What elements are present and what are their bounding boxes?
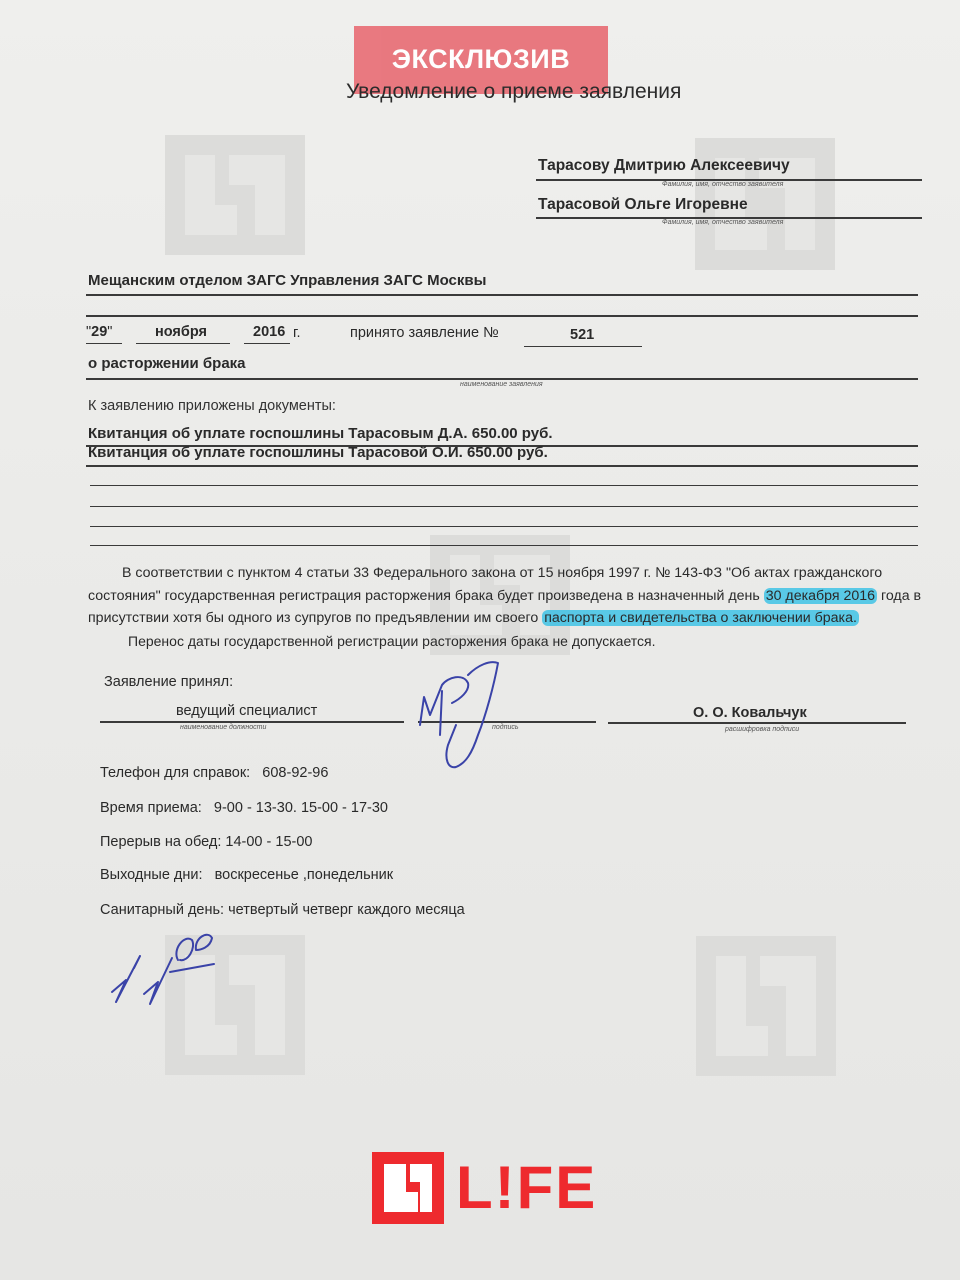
date-row: "29" bbox=[86, 324, 112, 340]
attachment-line-4 bbox=[90, 506, 918, 507]
info-sanitary-label: Санитарный день: bbox=[100, 902, 224, 918]
watermark-life-icon bbox=[165, 135, 305, 255]
registry-office: Мещанским отделом ЗАГС Управления ЗАГС М… bbox=[88, 272, 486, 289]
info-phone-label: Телефон для справок: bbox=[100, 765, 250, 781]
attachment-line-3 bbox=[90, 485, 918, 486]
document-title: Уведомление о приеме заявления bbox=[346, 80, 681, 104]
life-logo-icon bbox=[372, 1152, 444, 1224]
year-underline bbox=[244, 343, 290, 344]
office-line-2 bbox=[86, 315, 918, 317]
recipient-name-2: Тарасовой Ольге Игоревне bbox=[538, 196, 748, 214]
life-logo-text: L!FE bbox=[456, 1154, 597, 1222]
day-underline bbox=[86, 343, 122, 344]
accepted-label: принято заявление № bbox=[350, 325, 499, 341]
quote-close: " bbox=[107, 324, 112, 340]
info-hours: Время приема: 9-00 - 13-30. 15-00 - 17-3… bbox=[100, 800, 388, 816]
info-hours-label: Время приема: bbox=[100, 800, 202, 816]
office-line-1 bbox=[86, 294, 918, 296]
info-days-off-value: воскресенье ,понедельник bbox=[215, 867, 394, 883]
accepted-by-label: Заявление принял: bbox=[104, 674, 233, 690]
info-hours-value: 9-00 - 13-30. 15-00 - 17-30 bbox=[214, 800, 388, 816]
attachment-line-2 bbox=[86, 465, 918, 467]
month-underline bbox=[136, 343, 230, 344]
signer-line bbox=[608, 722, 906, 724]
number-underline bbox=[524, 346, 642, 347]
reschedule-note: Перенос даты государственной регистрации… bbox=[128, 633, 656, 649]
attachment-item-1: Квитанция об уплате госпошлины Тарасовым… bbox=[88, 425, 553, 442]
attachment-line-6 bbox=[90, 545, 918, 546]
date-year: 2016 bbox=[253, 324, 285, 340]
year-suffix: г. bbox=[293, 325, 301, 341]
info-sanitary-day: Санитарный день: четвертый четверг каждо… bbox=[100, 902, 465, 918]
application-name-caption: наименование заявления bbox=[460, 381, 543, 388]
legal-paragraph: В соответствии с пунктом 4 статьи 33 Фед… bbox=[88, 562, 928, 652]
position-value: ведущий специалист bbox=[176, 703, 317, 719]
handwritten-signature-icon bbox=[408, 655, 538, 775]
recipient-caption-1: Фамилия, имя, отчество заявителя bbox=[662, 181, 783, 188]
life-logo: L!FE bbox=[372, 1152, 590, 1224]
signer-caption: расшифровка подписи bbox=[725, 726, 799, 733]
position-caption: наименование должности bbox=[180, 724, 266, 731]
info-lunch-label: Перерыв на обед: bbox=[100, 834, 221, 850]
date-month: ноября bbox=[155, 324, 207, 340]
info-days-off-label: Выходные дни: bbox=[100, 867, 203, 883]
date-day: 29 bbox=[91, 324, 107, 340]
highlight-date: 30 декабря 2016 bbox=[764, 588, 877, 604]
info-phone-value: 608-92-96 bbox=[262, 765, 328, 781]
info-days-off: Выходные дни: воскресенье ,понедельник bbox=[100, 867, 393, 883]
application-number: 521 bbox=[570, 327, 594, 343]
application-name: о расторжении брака bbox=[88, 355, 246, 372]
handwritten-time-icon bbox=[104, 920, 254, 1010]
info-lunch: Перерыв на обед: 14-00 - 15-00 bbox=[100, 834, 312, 850]
attachment-line-5 bbox=[90, 526, 918, 527]
info-lunch-value: 14-00 - 15-00 bbox=[225, 834, 312, 850]
attachments-label: К заявлению приложены документы: bbox=[88, 398, 336, 414]
recipient-caption-2: Фамилия, имя, отчество заявителя bbox=[662, 219, 783, 226]
watermark-life-icon bbox=[696, 936, 836, 1076]
application-name-line bbox=[86, 378, 918, 380]
signer-name: О. О. Ковальчук bbox=[693, 705, 807, 721]
recipient-name-1: Тарасову Дмитрию Алексеевичу bbox=[538, 157, 790, 175]
highlight-documents: паспорта и свидетельства о заключении бр… bbox=[542, 610, 859, 626]
info-sanitary-value: четвертый четверг каждого месяца bbox=[228, 902, 465, 918]
position-line bbox=[100, 721, 404, 723]
attachment-item-2: Квитанция об уплате госпошлины Тарасовой… bbox=[88, 444, 548, 461]
info-phone: Телефон для справок: 608-92-96 bbox=[100, 765, 328, 781]
